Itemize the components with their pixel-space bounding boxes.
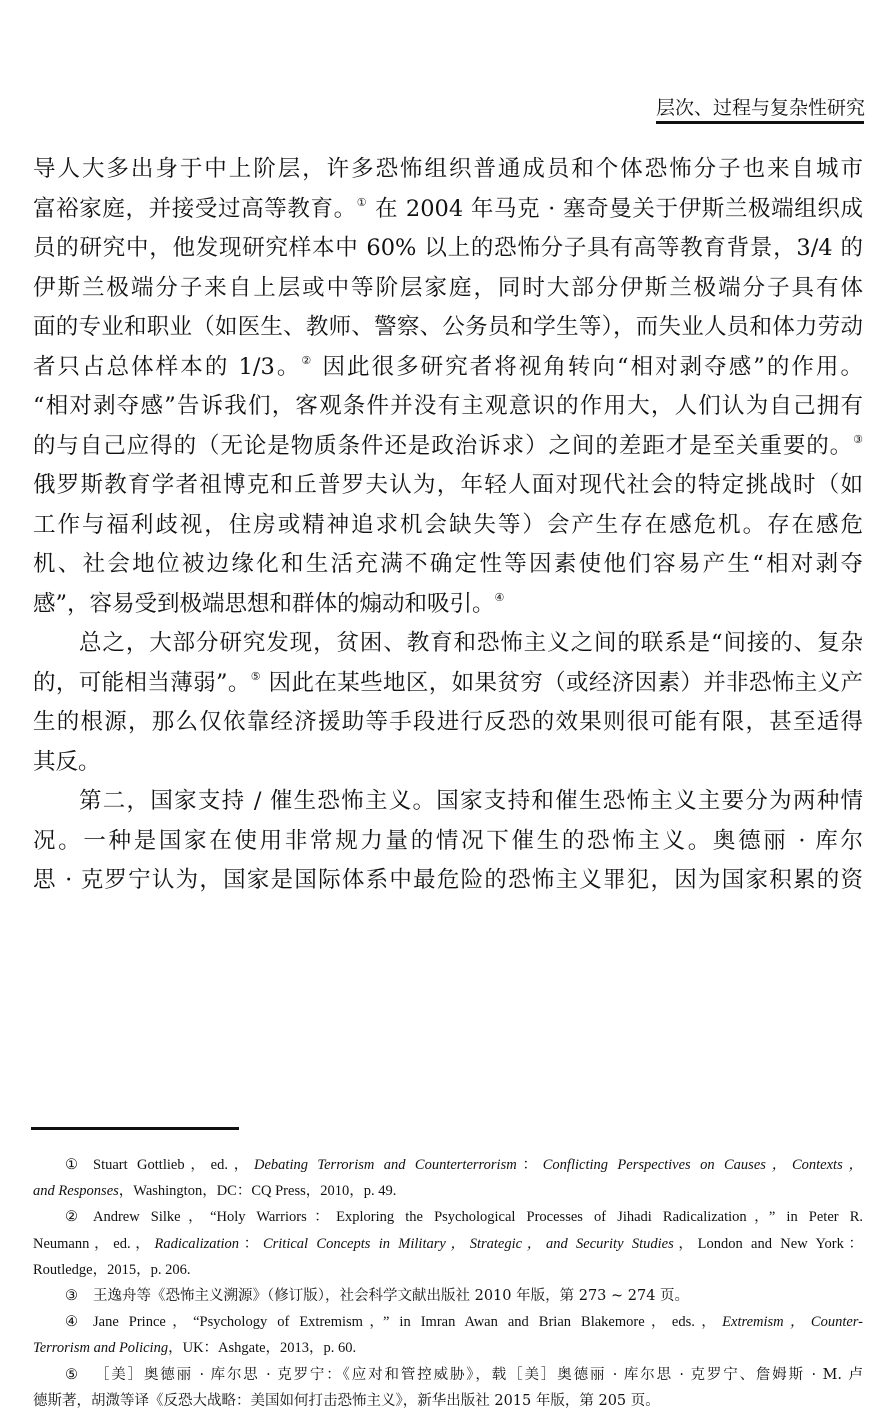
footnote-1-cont: and Responses，Washington，DC：CQ Press，201… (33, 1178, 863, 1204)
footnote-4: ④Jane Prince，“Psychology of Extremism，” … (33, 1309, 863, 1335)
footnote-3: ③王逸舟等《恐怖主义溯源》（修订版），社会科学文献出版社 2010 年版，第 2… (33, 1283, 863, 1309)
body-line: 富裕家庭，并接受过高等教育。① 在 2004 年马克 · 塞奇曼关于伊斯兰极端组… (33, 190, 863, 230)
footnote-ref-3[interactable]: ③ (853, 433, 863, 446)
body-text-span: 的，可能相当薄弱”。 (33, 670, 251, 696)
body-text-span: 的与自己应得的（无论是物质条件还是政治诉求）之间的差距才是至关重要的。 (33, 433, 853, 459)
body-line: 思 · 克罗宁认为，国家是国际体系中最危险的恐怖主义罪犯，因为国家积累的资 (33, 861, 863, 901)
footnote-title: and Responses (33, 1183, 119, 1199)
footnote-text: ： (239, 1236, 263, 1252)
footnote-2-cont: Neumann，ed.，Radicalization：Critical Conc… (33, 1231, 863, 1257)
footnote-text: ，Washington，DC：CQ Press，2010，p. 49. (119, 1183, 397, 1199)
body-text-span: 因此很多研究者将视角转向“相对剥夺感”的作用。 (322, 354, 863, 380)
footnote-number: ⑤ (65, 1362, 93, 1388)
body-line: 的与自己应得的（无论是物质条件还是政治诉求）之间的差距才是至关重要的。③ (33, 427, 863, 467)
body-line: 的，可能相当薄弱”。⑤ 因此在某些地区，如果贫穷（或经济因素）并非恐怖主义产 (33, 664, 863, 704)
footnote-4-cont: Terrorism and Policing，UK：Ashgate，2013，p… (33, 1335, 863, 1361)
body-line: 感”，容易受到极端思想和群体的煽动和吸引。④ (33, 585, 863, 625)
footnote-text: Andrew Silke，“Holy Warriors：Exploring th… (93, 1209, 863, 1225)
body-line: 导人大多出身于中上阶层，许多恐怖组织普通成员和个体恐怖分子也来自城市 (33, 150, 863, 190)
body-line: 生的根源，那么仅依靠经济援助等手段进行反恐的效果则很可能有限，甚至适得 (33, 703, 863, 743)
footnote-title: Extremism，Counter- (722, 1314, 863, 1330)
body-line: 员的研究中，他发现研究样本中 60% 以上的恐怖分子具有高等教育背景，3/4 的 (33, 229, 863, 269)
footnote-text: ，UK：Ashgate，2013，p. 60. (168, 1340, 356, 1356)
footnote-text: 王逸舟等《恐怖主义溯源》（修订版），社会科学文献出版社 2010 年版，第 27… (93, 1288, 689, 1304)
footnote-number: ② (65, 1204, 93, 1230)
footnote-ref-2[interactable]: ② (301, 354, 313, 367)
footnote-1: ①Stuart Gottlieb，ed.，Debating Terrorism … (33, 1152, 863, 1178)
body-text-span: 感”，容易受到极端思想和群体的煽动和吸引。 (33, 591, 495, 617)
body-line: 面的专业和职业（如医生、教师、警察、公务员和学生等），而失业人员和体力劳动 (33, 308, 863, 348)
body-line: 者只占总体样本的 1/3。② 因此很多研究者将视角转向“相对剥夺感”的作用。 (33, 348, 863, 388)
body-text-span: 者只占总体样本的 1/3。 (33, 354, 301, 380)
footnote-text: ，London and New York： (674, 1236, 863, 1252)
body-text: 导人大多出身于中上阶层，许多恐怖组织普通成员和个体恐怖分子也来自城市 富裕家庭，… (33, 150, 863, 901)
footnote-number: ③ (65, 1283, 93, 1309)
body-line: 况。一种是国家在使用非常规力量的情况下催生的恐怖主义。奥德丽 · 库尔 (33, 822, 863, 862)
footnote-number: ① (65, 1152, 93, 1178)
footnote-ref-1[interactable]: ① (357, 196, 367, 209)
body-line: 伊斯兰极端分子来自上层或中等阶层家庭，同时大部分伊斯兰极端分子具有体 (33, 269, 863, 309)
body-line: 第二，国家支持 / 催生恐怖主义。国家支持和催生恐怖主义主要分为两种情 (33, 782, 863, 822)
body-line: 总之，大部分研究发现，贫困、教育和恐怖主义之间的联系是“间接的、复杂 (33, 624, 863, 664)
footnote-ref-5[interactable]: ⑤ (251, 670, 261, 683)
footnote-2-cont: Routledge，2015，p. 206. (33, 1257, 863, 1283)
footnote-text: Jane Prince，“Psychology of Extremism，” i… (93, 1314, 722, 1330)
footnote-title: Terrorism and Policing (33, 1340, 168, 1356)
running-header-title: 层次、过程与复杂性研究 (656, 97, 864, 119)
body-line: 机、社会地位被边缘化和生活充满不确定性等因素使他们容易产生“相对剥夺 (33, 545, 863, 585)
footnote-text: Stuart Gottlieb，ed.， (93, 1157, 254, 1173)
body-text-span: 因此在某些地区，如果贫穷（或经济因素）并非恐怖主义产 (269, 670, 863, 696)
body-line: 工作与福利歧视，住房或精神追求机会缺失等）会产生存在感危机。存在感危 (33, 506, 863, 546)
footnote-5-cont: 德斯著，胡溦等译《反恐大战略：美国如何打击恐怖主义》，新华出版社 2015 年版… (33, 1388, 863, 1414)
footnote-title: Conflicting Perspectives on Causes，Conte… (543, 1157, 863, 1173)
footnotes: ①Stuart Gottlieb，ed.，Debating Terrorism … (33, 1152, 863, 1414)
body-line: “相对剥夺感”告诉我们，客观条件并没有主观意识的作用大，人们认为自己拥有 (33, 387, 863, 427)
footnote-text: Neumann，ed.， (33, 1236, 154, 1252)
footnote-number: ④ (65, 1309, 93, 1335)
body-text-span: 富裕家庭，并接受过高等教育。 (33, 196, 357, 222)
footnote-ref-4[interactable]: ④ (495, 591, 505, 604)
footnote-title: Critical Concepts in Military，Strategic，… (263, 1236, 674, 1252)
footnote-separator (31, 1127, 239, 1130)
footnote-5: ⑤［美］奥德丽 · 库尔思 · 克罗宁：《应对和管控威胁》，载［美］奥德丽 · … (33, 1362, 863, 1388)
footnote-title: Radicalization (154, 1236, 239, 1252)
header-underline (656, 121, 864, 124)
footnote-2: ②Andrew Silke，“Holy Warriors：Exploring t… (33, 1204, 863, 1230)
body-text-span: 在 2004 年马克 · 塞奇曼关于伊斯兰极端组织成 (375, 196, 863, 222)
footnote-text: ： (517, 1157, 543, 1173)
body-line: 其反。 (33, 743, 863, 783)
footnote-title: Debating Terrorism and Counterterrorism (254, 1157, 517, 1173)
body-line: 俄罗斯教育学者祖博克和丘普罗夫认为，年轻人面对现代社会的特定挑战时（如 (33, 466, 863, 506)
footnote-text: ［美］奥德丽 · 库尔思 · 克罗宁：《应对和管控威胁》，载［美］奥德丽 · 库… (93, 1367, 863, 1383)
